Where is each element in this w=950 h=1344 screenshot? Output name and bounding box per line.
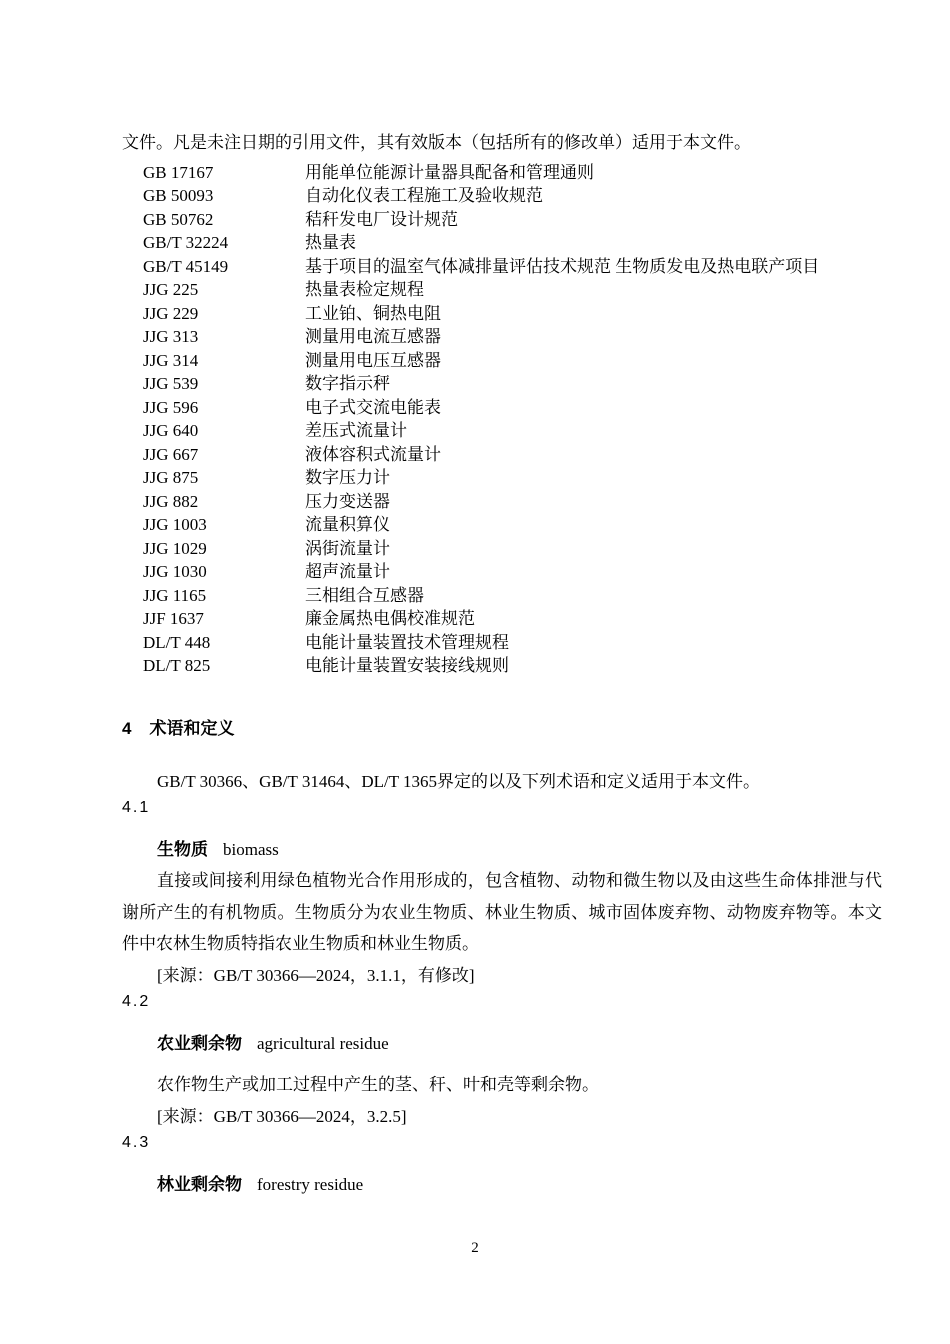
clause3-continuation-text: 文件。凡是未注日期的引用文件，其有效版本（包括所有的修改单）适用于本文件。 — [122, 131, 882, 155]
reference-code: JJG 225 — [143, 278, 305, 302]
reference-code: GB/T 32224 — [143, 231, 305, 255]
reference-row: DL/T 448电能计量装置技术管理规程 — [122, 631, 882, 655]
term-zh-4-2: 农业剩余物 — [157, 1034, 242, 1053]
reference-code: JJG 539 — [143, 372, 305, 396]
reference-title: 超声流量计 — [305, 560, 882, 584]
reference-code: JJG 667 — [143, 443, 305, 467]
term-en-4-2: agricultural residue — [257, 1034, 389, 1053]
reference-row: JJG 314测量用电压互感器 — [122, 349, 882, 373]
section4-title: 术语和定义 — [149, 719, 234, 738]
reference-row: JJG 229工业铂、铜热电阻 — [122, 302, 882, 326]
term-block-4-2: 4.2 农业剩余物agricultural residue 农作物生产或加工过程… — [122, 991, 882, 1132]
reference-title: 压力变送器 — [305, 490, 882, 514]
term-block-4-1: 4.1 生物质biomass 直接或间接利用绿色植物光合作用形成的，包含植物、动… — [122, 797, 882, 991]
reference-title: 用能单位能源计量器具配备和管理通则 — [305, 161, 882, 185]
reference-row: JJG 313测量用电流互感器 — [122, 325, 882, 349]
reference-row: JJG 882压力变送器 — [122, 490, 882, 514]
term-definition-4-2: 农作物生产或加工过程中产生的茎、秆、叶和壳等剩余物。 — [122, 1069, 882, 1101]
reference-row: JJG 640差压式流量计 — [122, 419, 882, 443]
reference-title: 液体容积式流量计 — [305, 443, 882, 467]
reference-code: JJG 875 — [143, 466, 305, 490]
term-definition-4-1: 直接或间接利用绿色植物光合作用形成的，包含植物、动物和微生物以及由这些生命体排泄… — [122, 865, 882, 960]
reference-code: JJG 596 — [143, 396, 305, 420]
reference-code: GB 17167 — [143, 161, 305, 185]
section4-number: 4 — [122, 719, 131, 738]
reference-title: 电能计量装置安装接线规则 — [305, 654, 882, 678]
term-block-4-3: 4.3 林业剩余物forestry residue — [122, 1132, 882, 1196]
reference-title: 基于项目的温室气体减排量评估技术规范 生物质发电及热电联产项目 — [305, 255, 882, 279]
clause-number-4-2: 4.2 — [122, 991, 882, 1013]
reference-code: GB 50093 — [143, 184, 305, 208]
reference-title: 涡街流量计 — [305, 537, 882, 561]
term-zh-4-3: 林业剩余物 — [157, 1175, 242, 1194]
normative-references-list: GB 17167用能单位能源计量器具配备和管理通则GB 50093自动化仪表工程… — [122, 161, 882, 678]
section4-intro-paragraph: GB/T 30366、GB/T 31464、DL/T 1365界定的以及下列术语… — [122, 766, 882, 798]
term-line-4-2: 农业剩余物agricultural residue — [122, 1033, 882, 1055]
reference-code: JJG 313 — [143, 325, 305, 349]
reference-title: 差压式流量计 — [305, 419, 882, 443]
reference-title: 工业铂、铜热电阻 — [305, 302, 882, 326]
reference-row: GB/T 32224热量表 — [122, 231, 882, 255]
term-zh-4-1: 生物质 — [157, 840, 208, 859]
reference-row: GB 50762秸秆发电厂设计规范 — [122, 208, 882, 232]
reference-code: JJG 314 — [143, 349, 305, 373]
reference-code: JJG 1029 — [143, 537, 305, 561]
reference-code: JJG 1165 — [143, 584, 305, 608]
reference-title: 流量积算仪 — [305, 513, 882, 537]
reference-row: GB 17167用能单位能源计量器具配备和管理通则 — [122, 161, 882, 185]
reference-title: 三相组合互感器 — [305, 584, 882, 608]
reference-code: GB 50762 — [143, 208, 305, 232]
clause-number-4-1: 4.1 — [122, 797, 882, 819]
reference-title: 热量表 — [305, 231, 882, 255]
reference-title: 数字指示秤 — [305, 372, 882, 396]
reference-code: JJG 640 — [143, 419, 305, 443]
reference-title: 秸秆发电厂设计规范 — [305, 208, 882, 232]
reference-code: JJF 1637 — [143, 607, 305, 631]
reference-row: GB 50093自动化仪表工程施工及验收规范 — [122, 184, 882, 208]
reference-title: 热量表检定规程 — [305, 278, 882, 302]
term-en-4-1: biomass — [223, 840, 279, 859]
term-source-4-1: [来源：GB/T 30366—2024，3.1.1，有修改] — [122, 960, 882, 992]
reference-code: DL/T 448 — [143, 631, 305, 655]
reference-row: JJG 1030超声流量计 — [122, 560, 882, 584]
reference-row: DL/T 825电能计量装置安装接线规则 — [122, 654, 882, 678]
term-line-4-3: 林业剩余物forestry residue — [122, 1174, 882, 1196]
reference-title: 测量用电压互感器 — [305, 349, 882, 373]
reference-title: 数字压力计 — [305, 466, 882, 490]
reference-title: 电能计量装置技术管理规程 — [305, 631, 882, 655]
term-en-4-3: forestry residue — [257, 1175, 363, 1194]
reference-row: GB/T 45149基于项目的温室气体减排量评估技术规范 生物质发电及热电联产项… — [122, 255, 882, 279]
document-page: 文件。凡是未注日期的引用文件，其有效版本（包括所有的修改单）适用于本文件。 GB… — [0, 0, 950, 1344]
term-line-4-1: 生物质biomass — [122, 839, 882, 861]
reference-title: 廉金属热电偶校准规范 — [305, 607, 882, 631]
page-content: 文件。凡是未注日期的引用文件，其有效版本（包括所有的修改单）适用于本文件。 GB… — [122, 0, 882, 1196]
reference-code: JJG 1030 — [143, 560, 305, 584]
reference-code: DL/T 825 — [143, 654, 305, 678]
reference-title: 电子式交流电能表 — [305, 396, 882, 420]
reference-row: JJG 1165三相组合互感器 — [122, 584, 882, 608]
clause-number-4-3: 4.3 — [122, 1132, 882, 1154]
reference-code: JJG 229 — [143, 302, 305, 326]
reference-row: JJG 596电子式交流电能表 — [122, 396, 882, 420]
reference-code: JJG 1003 — [143, 513, 305, 537]
reference-row: JJG 875数字压力计 — [122, 466, 882, 490]
reference-row: JJG 1003流量积算仪 — [122, 513, 882, 537]
reference-code: GB/T 45149 — [143, 255, 305, 279]
reference-code: JJG 882 — [143, 490, 305, 514]
reference-row: JJG 667液体容积式流量计 — [122, 443, 882, 467]
page-number: 2 — [0, 1240, 950, 1257]
reference-title: 自动化仪表工程施工及验收规范 — [305, 184, 882, 208]
reference-row: JJG 539数字指示秤 — [122, 372, 882, 396]
reference-title: 测量用电流互感器 — [305, 325, 882, 349]
section4-heading: 4术语和定义 — [122, 718, 882, 740]
reference-row: JJG 225热量表检定规程 — [122, 278, 882, 302]
reference-row: JJG 1029涡街流量计 — [122, 537, 882, 561]
reference-row: JJF 1637廉金属热电偶校准规范 — [122, 607, 882, 631]
term-source-4-2: [来源：GB/T 30366—2024，3.2.5] — [122, 1101, 882, 1133]
